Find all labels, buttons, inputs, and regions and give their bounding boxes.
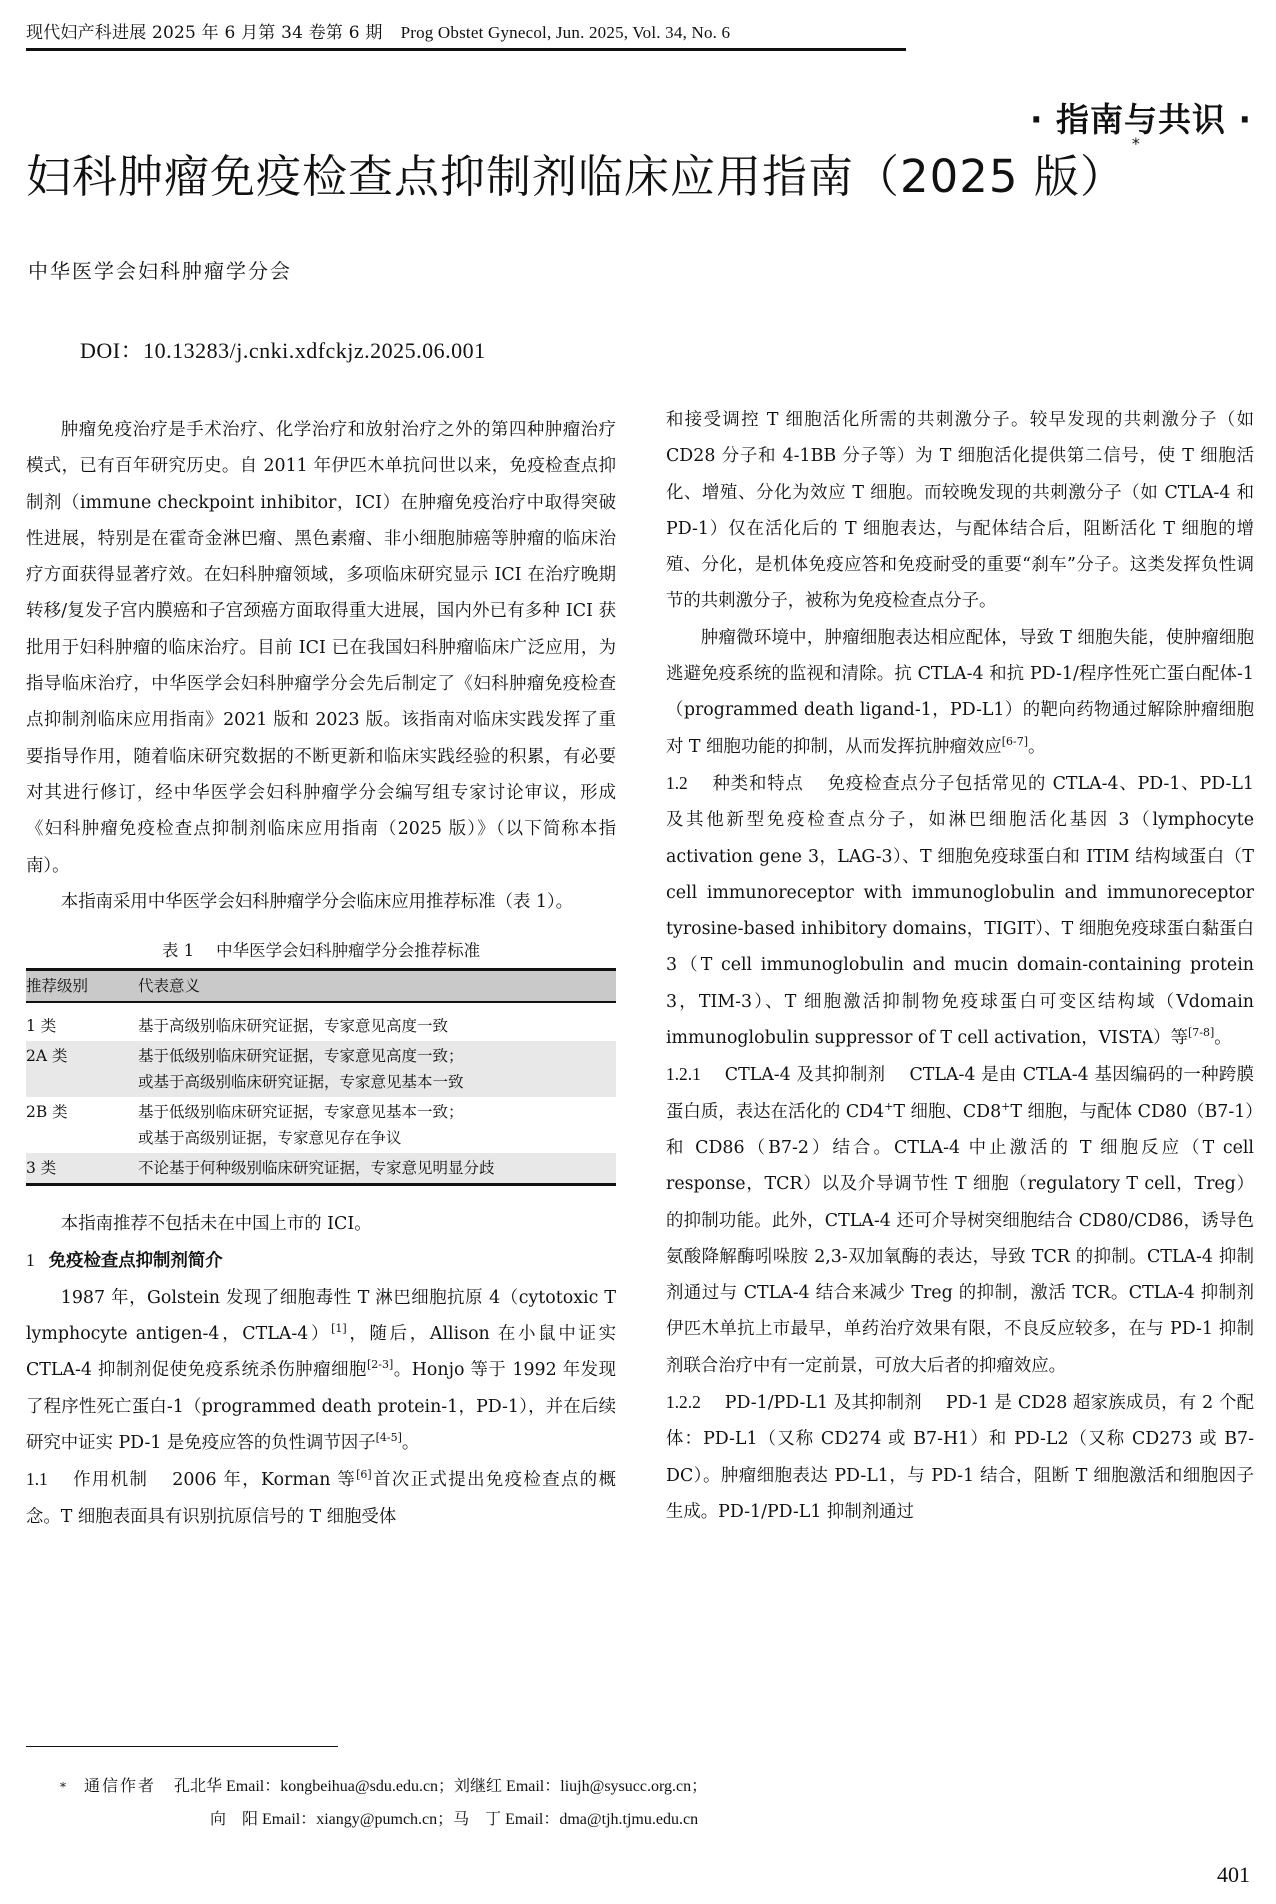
citation-ref[interactable]: [6-7]: [1002, 735, 1028, 748]
text-run: 免疫检查点分子包括常见的 CTLA-4、PD-1、PD-L1 及其他新型免疫检查…: [666, 774, 1254, 1048]
article-title: 妇科肿瘤免疫检查点抑制剂临床应用指南（2025 版）*: [26, 140, 1141, 205]
intro-paragraph-2: 本指南采用中华医学会妇科肿瘤学分会临床应用推荐标准（表 1）。: [26, 884, 616, 920]
section-1-2: 1.2种类和特点免疫检查点分子包括常见的 CTLA-4、PD-1、PD-L1 及…: [666, 765, 1254, 1056]
author-line: 中华医学会妇科肿瘤学分会: [28, 255, 292, 284]
footnote-line-1: *通信作者孔北华 Email：kongbeihua@sdu.edu.cn；刘继红…: [60, 1770, 707, 1803]
text-run: 。: [1028, 737, 1045, 757]
running-header: 现代妇产科进展 2025 年 6 月第 34 卷第 6 期Prog Obstet…: [26, 22, 906, 51]
section-1-heading: 1免疫检查点抑制剂简介: [26, 1242, 616, 1279]
table-number: 表 1: [162, 941, 194, 960]
doi[interactable]: DOI：10.13283/j.cnki.xdfckjz.2025.06.001: [80, 334, 486, 365]
section-title: 作用机制: [72, 1470, 149, 1490]
title-text: 妇科肿瘤免疫检查点抑制剂临床应用指南（2025 版）: [26, 150, 1126, 203]
meaning-cell: 基于高级别临床研究证据，专家意见高度一致: [138, 1002, 616, 1041]
section-1-paragraph: 1987 年，Golstein 发现了细胞毒性 T 淋巴细胞抗原 4（cytot…: [26, 1280, 616, 1461]
grade-cell: 2B 类: [26, 1097, 138, 1153]
meaning-line: 或基于高级别证据，专家意见存在争议: [138, 1125, 616, 1151]
recommendation-table: 推荐级别 代表意义 1 类 基于高级别临床研究证据，专家意见高度一致 2A 类 …: [26, 968, 616, 1186]
meaning-cell: 基于低级别临床研究证据，专家意见高度一致；或基于高级别临床研究证据，专家意见基本…: [138, 1041, 616, 1097]
intro-paragraph-1: 肿瘤免疫治疗是手术治疗、化学治疗和放射治疗之外的第四种肿瘤治疗模式，已有百年研究…: [26, 412, 616, 884]
header-meaning: 代表意义: [138, 970, 616, 1003]
section-1-2-1: 1.2.1CTLA-4 及其抑制剂CTLA-4 是由 CTLA-4 基因编码的一…: [666, 1056, 1254, 1384]
footnote-label: 通信作者: [84, 1776, 156, 1795]
section-title: CTLA-4 及其抑制剂: [725, 1065, 886, 1085]
section-number: 1: [26, 1250, 35, 1270]
grade-cell: 3 类: [26, 1153, 138, 1185]
meaning-line: 基于低级别临床研究证据，专家意见高度一致；: [138, 1043, 616, 1069]
text-run: T 细胞、CD8: [893, 1102, 1001, 1122]
meaning-line: 或基于高级别临床研究证据，专家意见基本一致: [138, 1069, 616, 1095]
corresponding-authors-footnote: *通信作者孔北华 Email：kongbeihua@sdu.edu.cn；刘继红…: [60, 1770, 707, 1836]
paragraph-tumor-microenvironment: 肿瘤微环境中，肿瘤细胞表达相应配体，导致 T 细胞失能，使肿瘤细胞逃避免疫系统的…: [666, 620, 1254, 765]
right-column: 和接受调控 T 细胞活化所需的共刺激分子。较早发现的共刺激分子（如 CD28 分…: [666, 402, 1254, 1530]
text-run: 。: [1214, 1028, 1231, 1048]
left-column: 肿瘤免疫治疗是手术治疗、化学治疗和放射治疗之外的第四种肿瘤治疗模式，已有百年研究…: [26, 412, 616, 1535]
superscript: +: [884, 1100, 893, 1113]
meaning-cell: 不论基于何种级别临床研究证据，专家意见明显分歧: [138, 1153, 616, 1185]
section-number: 1.2: [666, 773, 688, 793]
citation-ref[interactable]: [6]: [356, 1468, 372, 1481]
section-number: 1.2.2: [666, 1392, 701, 1412]
grade-cell: 1 类: [26, 1002, 138, 1041]
footnote-line-2: 向 阳 Email：xiangy@pumch.cn；马 丁 Email：dma@…: [60, 1803, 707, 1836]
section-1-1: 1.1作用机制2006 年，Korman 等[6]首次正式提出免疫检查点的概念。…: [26, 1461, 616, 1535]
section-number: 1.1: [26, 1469, 48, 1489]
citation-ref[interactable]: [1]: [331, 1322, 347, 1335]
grade-cell: 2A 类: [26, 1041, 138, 1097]
meaning-line: 基于低级别临床研究证据，专家意见基本一致；: [138, 1099, 616, 1125]
journal-name-cn: 现代妇产科进展 2025 年 6 月第 34 卷第 6 期: [26, 23, 383, 43]
table-row: 2A 类 基于低级别临床研究证据，专家意见高度一致；或基于高级别临床研究证据，专…: [26, 1041, 616, 1097]
table-1: 表 1中华医学会妇科肿瘤学分会推荐标准 推荐级别 代表意义 1 类 基于高级别临…: [26, 938, 616, 1186]
text-run: 肿瘤微环境中，肿瘤细胞表达相应配体，导致 T 细胞失能，使肿瘤细胞逃避免疫系统的…: [666, 628, 1254, 757]
superscript: +: [1001, 1100, 1010, 1113]
page-number: 401: [1217, 1862, 1250, 1888]
citation-ref[interactable]: [4-5]: [376, 1431, 402, 1444]
text-run: 2006 年，Korman 等: [172, 1470, 356, 1490]
section-1-2-2: 1.2.2PD-1/PD-L1 及其抑制剂PD-1 是 CD28 超家族成员，有…: [666, 1384, 1254, 1530]
table-row: 1 类 基于高级别临床研究证据，专家意见高度一致: [26, 1002, 616, 1041]
footnote-mark: *: [60, 1780, 66, 1794]
text-run: 。: [402, 1433, 419, 1453]
author-emails-1[interactable]: 孔北华 Email：kongbeihua@sdu.edu.cn；刘继红 Emai…: [174, 1778, 707, 1795]
section-title: 免疫检查点抑制剂简介: [49, 1251, 223, 1271]
author-emails-2[interactable]: 向 阳 Email：xiangy@pumch.cn；马 丁 Email：dma@…: [210, 1811, 698, 1828]
title-footnote-mark[interactable]: *: [1132, 134, 1141, 153]
table-caption-text: 中华医学会妇科肿瘤学分会推荐标准: [216, 941, 480, 960]
meaning-cell: 基于低级别临床研究证据，专家意见基本一致；或基于高级别证据，专家意见存在争议: [138, 1097, 616, 1153]
table-row: 3 类 不论基于何种级别临床研究证据，专家意见明显分歧: [26, 1153, 616, 1185]
section-number: 1.2.1: [666, 1064, 701, 1084]
header-grade: 推荐级别: [26, 970, 138, 1003]
continued-paragraph: 和接受调控 T 细胞活化所需的共刺激分子。较早发现的共刺激分子（如 CD28 分…: [666, 402, 1254, 620]
citation-ref[interactable]: [7-8]: [1188, 1026, 1214, 1039]
table-caption: 表 1中华医学会妇科肿瘤学分会推荐标准: [26, 938, 616, 964]
citation-ref[interactable]: [2-3]: [367, 1359, 393, 1372]
text-run: T 细胞，与配体 CD80（B7-1）和 CD86（B7-2）结合。CTLA-4…: [666, 1102, 1254, 1376]
section-title: 种类和特点: [712, 774, 804, 794]
section-title: PD-1/PD-L1 及其抑制剂: [725, 1393, 922, 1413]
table-row: 2B 类 基于低级别临床研究证据，专家意见基本一致；或基于高级别证据，专家意见存…: [26, 1097, 616, 1153]
footnote-divider: [26, 1746, 338, 1747]
intro-paragraph-3: 本指南推荐不包括未在中国上市的 ICI。: [26, 1206, 616, 1242]
journal-name-en: Prog Obstet Gynecol, Jun. 2025, Vol. 34,…: [401, 23, 731, 42]
table-header-row: 推荐级别 代表意义: [26, 970, 616, 1003]
